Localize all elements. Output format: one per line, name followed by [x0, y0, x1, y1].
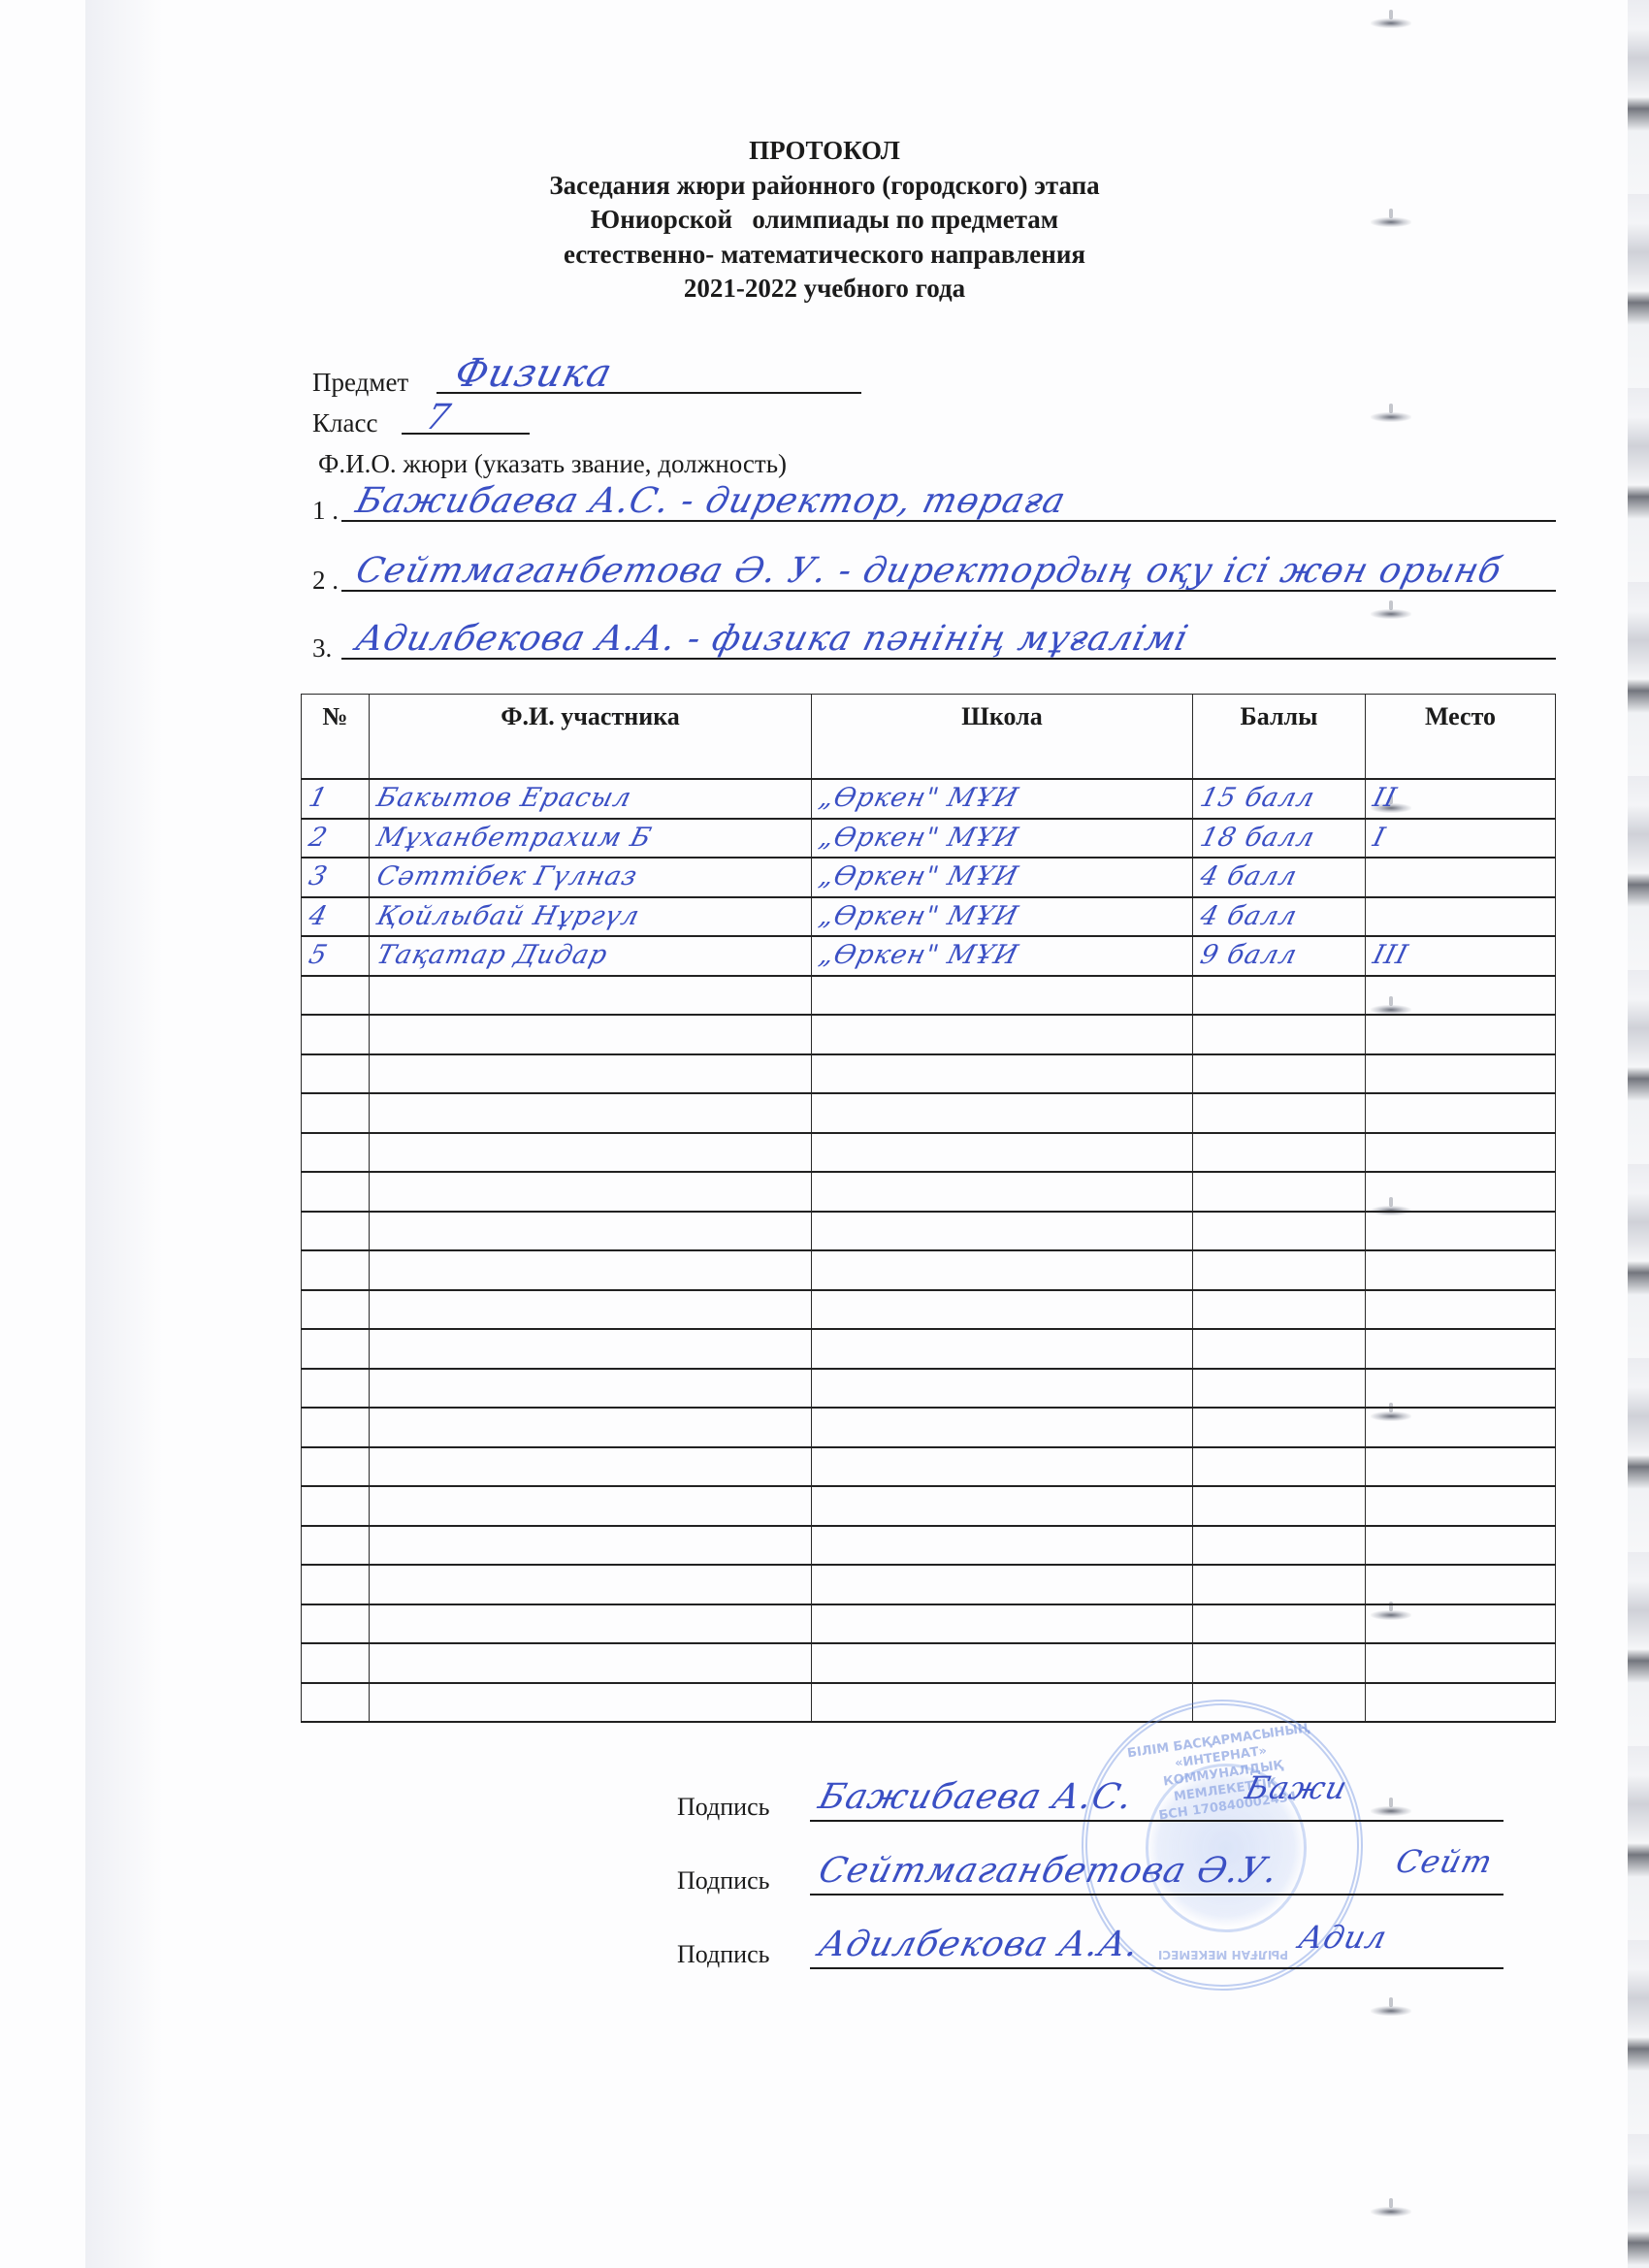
- signature-label-1: Подпись: [677, 1793, 769, 1822]
- cell-participant[interactable]: [370, 1408, 812, 1447]
- cell-participant-value: Қойлыбай Нұргүл: [365, 898, 643, 935]
- subject-value[interactable]: Физика: [450, 351, 617, 396]
- cell-school[interactable]: [812, 1054, 1193, 1094]
- cell-school[interactable]: [812, 1172, 1193, 1212]
- table-row-empty: [302, 1015, 1556, 1054]
- cell-school[interactable]: [812, 1015, 1193, 1054]
- signature-line-3: [810, 1967, 1503, 1969]
- cell-number-value: 3: [297, 859, 332, 895]
- cell-participant[interactable]: Бакытов Ерасыл: [370, 779, 812, 819]
- cell-score[interactable]: [1193, 1133, 1366, 1173]
- cell-score[interactable]: 4 балл: [1193, 897, 1366, 937]
- cell-school-value: „Өркен" МҰИ: [807, 859, 1022, 895]
- cell-participant[interactable]: [370, 1133, 812, 1173]
- scan-edge-shadow: [85, 0, 163, 2268]
- cell-score[interactable]: [1193, 1093, 1366, 1133]
- subtitle-line-3: естественно- математического направления: [0, 238, 1649, 273]
- cell-school[interactable]: „Өркен" МҰИ: [812, 936, 1193, 976]
- cell-number[interactable]: [302, 1604, 370, 1644]
- cell-number-value: 2: [297, 820, 332, 857]
- cell-participant[interactable]: [370, 1015, 812, 1054]
- cell-school[interactable]: [812, 1212, 1193, 1251]
- cell-number[interactable]: [302, 1369, 370, 1409]
- cell-place[interactable]: [1366, 1683, 1556, 1723]
- signature-mark-2: Сейт: [1392, 1843, 1497, 1880]
- cell-number-value: 5: [297, 937, 332, 974]
- cell-place[interactable]: I: [1366, 819, 1556, 859]
- cell-score-value: 4 балл: [1188, 859, 1301, 895]
- table-row-empty: [302, 1683, 1556, 1723]
- column-header-number: №: [302, 695, 370, 780]
- table-row-empty: [302, 1565, 1556, 1604]
- cell-participant[interactable]: [370, 976, 812, 1016]
- cell-score[interactable]: [1193, 1015, 1366, 1054]
- cell-school[interactable]: [812, 1643, 1193, 1683]
- scan-edge-right: [1628, 0, 1649, 2268]
- class-value[interactable]: 7: [422, 398, 455, 437]
- cell-participant[interactable]: Сәттібек Гүлназ: [370, 858, 812, 897]
- cell-place-value: II: [1361, 780, 1401, 817]
- cell-place[interactable]: [1366, 1369, 1556, 1409]
- cell-school[interactable]: [812, 1290, 1193, 1330]
- cell-place[interactable]: [1366, 976, 1556, 1016]
- jury-member-3[interactable]: Адилбекова А.А. - физика пәнінің мұғалім…: [352, 619, 1193, 659]
- jury-index-1: 1 .: [312, 495, 339, 526]
- cell-number[interactable]: [302, 1054, 370, 1094]
- cell-participant[interactable]: [370, 1054, 812, 1094]
- table-row-empty: [302, 1250, 1556, 1290]
- cell-school[interactable]: [812, 1565, 1193, 1604]
- cell-score[interactable]: [1193, 1369, 1366, 1409]
- cell-school-value: „Өркен" МҰИ: [807, 820, 1022, 857]
- table-row-empty: [302, 1408, 1556, 1447]
- cell-number[interactable]: [302, 1172, 370, 1212]
- cell-place[interactable]: [1366, 1526, 1556, 1566]
- signature-line-2: [810, 1894, 1503, 1895]
- table-row-empty: [302, 1093, 1556, 1133]
- cell-score[interactable]: [1193, 1054, 1366, 1094]
- class-underline: [402, 433, 530, 435]
- table-row-empty: [302, 1369, 1556, 1409]
- cell-score-value: 9 балл: [1188, 937, 1301, 974]
- cell-school[interactable]: „Өркен" МҰИ: [812, 858, 1193, 897]
- table-row-empty: [302, 1643, 1556, 1683]
- cell-school-value: „Өркен" МҰИ: [807, 937, 1022, 974]
- cell-score[interactable]: [1193, 1408, 1366, 1447]
- cell-score[interactable]: 9 балл: [1193, 936, 1366, 976]
- column-header-school: Школа: [812, 695, 1193, 780]
- cell-place[interactable]: [1366, 1643, 1556, 1683]
- table-row-empty: [302, 1290, 1556, 1330]
- cell-participant[interactable]: [370, 1643, 812, 1683]
- cell-score[interactable]: [1193, 1329, 1366, 1369]
- column-header-score: Баллы: [1193, 695, 1366, 780]
- cell-number[interactable]: [302, 1447, 370, 1487]
- cell-number[interactable]: [302, 1015, 370, 1054]
- table-header-row: № Ф.И. участника Школа Баллы Место: [302, 695, 1556, 780]
- table-row-empty: [302, 1212, 1556, 1251]
- stamp-bottom-text: РЫЛҒАН МЕКЕМЕСІ: [1126, 1948, 1320, 1961]
- cell-participant[interactable]: [370, 1329, 812, 1369]
- signature-name-3[interactable]: Адилбекова А.А.: [815, 1925, 1144, 1964]
- cell-number-value: 1: [297, 780, 332, 817]
- table-row-empty: [302, 1604, 1556, 1644]
- cell-score[interactable]: [1193, 1643, 1366, 1683]
- table-row-empty: [302, 1447, 1556, 1487]
- document-title: ПРОТОКОЛ: [0, 134, 1649, 169]
- cell-place[interactable]: [1366, 1250, 1556, 1290]
- scan-artifact: [1371, 1806, 1411, 1816]
- cell-score[interactable]: [1193, 1250, 1366, 1290]
- document-header: ПРОТОКОЛ Заседания жюри районного (город…: [0, 134, 1649, 307]
- cell-number[interactable]: [302, 1683, 370, 1723]
- cell-place[interactable]: [1366, 897, 1556, 937]
- scan-artifact: [1371, 2207, 1411, 2217]
- cell-participant[interactable]: [370, 1604, 812, 1644]
- signature-mark-3: Адил: [1295, 1919, 1391, 1956]
- cell-participant[interactable]: [370, 1683, 812, 1723]
- cell-place[interactable]: [1366, 1054, 1556, 1094]
- cell-participant[interactable]: [370, 1369, 812, 1409]
- cell-school[interactable]: [812, 1683, 1193, 1723]
- cell-place[interactable]: [1366, 1172, 1556, 1212]
- signature-label-2: Подпись: [677, 1866, 769, 1895]
- cell-number[interactable]: 4: [302, 897, 370, 937]
- subtitle-line-1: Заседания жюри районного (городского) эт…: [0, 169, 1649, 204]
- cell-school[interactable]: [812, 1133, 1193, 1173]
- cell-number[interactable]: [302, 1329, 370, 1369]
- cell-school[interactable]: [812, 1526, 1193, 1566]
- table-row: 5Тақатар Дидар„Өркен" МҰИ9 баллIII: [302, 936, 1556, 976]
- cell-number[interactable]: 2: [302, 819, 370, 859]
- cell-school[interactable]: [812, 1604, 1193, 1644]
- jury-label: Ф.И.О. жюри (указать звание, должность): [318, 448, 787, 479]
- cell-number[interactable]: [302, 976, 370, 1016]
- cell-school-value: „Өркен" МҰИ: [807, 898, 1022, 935]
- signature-line-1: [810, 1820, 1503, 1822]
- cell-number[interactable]: [302, 1093, 370, 1133]
- cell-place[interactable]: III: [1366, 936, 1556, 976]
- table-row-empty: [302, 976, 1556, 1016]
- jury-index-3: 3.: [312, 632, 332, 664]
- cell-participant-value: Бакытов Ерасыл: [365, 780, 635, 817]
- cell-school[interactable]: [812, 1486, 1193, 1526]
- cell-school[interactable]: [812, 1093, 1193, 1133]
- subtitle-line-4: 2021-2022 учебного года: [0, 272, 1649, 307]
- cell-number[interactable]: [302, 1133, 370, 1173]
- cell-participant[interactable]: [370, 1290, 812, 1330]
- cell-number[interactable]: [302, 1290, 370, 1330]
- cell-score[interactable]: [1193, 1212, 1366, 1251]
- results-table: № Ф.И. участника Школа Баллы Место 1Бакы…: [301, 694, 1556, 1723]
- cell-place-value: III: [1361, 937, 1411, 974]
- cell-number[interactable]: [302, 1408, 370, 1447]
- signature-mark-1: Бажи: [1242, 1769, 1351, 1806]
- cell-participant[interactable]: [370, 1093, 812, 1133]
- cell-score[interactable]: [1193, 1172, 1366, 1212]
- cell-number[interactable]: [302, 1526, 370, 1566]
- scan-artifact: [1371, 18, 1411, 28]
- cell-place[interactable]: [1366, 1133, 1556, 1173]
- cell-participant[interactable]: [370, 1486, 812, 1526]
- cell-school-value: „Өркен" МҰИ: [807, 780, 1022, 817]
- cell-participant[interactable]: Мұханбетрахим Б: [370, 819, 812, 859]
- scan-artifact: [1371, 2006, 1411, 2016]
- cell-place[interactable]: [1366, 1447, 1556, 1487]
- cell-place[interactable]: [1366, 1486, 1556, 1526]
- cell-school[interactable]: [812, 976, 1193, 1016]
- cell-school[interactable]: [812, 1408, 1193, 1447]
- signature-name-2[interactable]: Сейтмаганбетова Ә.У.: [815, 1851, 1282, 1891]
- cell-place[interactable]: [1366, 1565, 1556, 1604]
- cell-score[interactable]: [1193, 1290, 1366, 1330]
- cell-score[interactable]: [1193, 976, 1366, 1016]
- table-row-empty: [302, 1526, 1556, 1566]
- cell-participant[interactable]: [370, 1526, 812, 1566]
- cell-place[interactable]: [1366, 1329, 1556, 1369]
- cell-number[interactable]: [302, 1486, 370, 1526]
- table-row-empty: [302, 1054, 1556, 1094]
- cell-participant[interactable]: [370, 1212, 812, 1251]
- cell-score[interactable]: [1193, 1604, 1366, 1644]
- class-label: Класс: [312, 407, 377, 438]
- cell-place[interactable]: [1366, 1408, 1556, 1447]
- cell-place-value: I: [1361, 820, 1389, 857]
- cell-school[interactable]: [812, 1447, 1193, 1487]
- cell-participant[interactable]: Тақатар Дидар: [370, 936, 812, 976]
- cell-school[interactable]: „Өркен" МҰИ: [812, 819, 1193, 859]
- cell-school[interactable]: „Өркен" МҰИ: [812, 897, 1193, 937]
- column-header-place: Место: [1366, 695, 1556, 780]
- cell-score[interactable]: [1193, 1565, 1366, 1604]
- cell-number[interactable]: [302, 1250, 370, 1290]
- cell-score-value: 18 балл: [1188, 820, 1318, 857]
- cell-place[interactable]: [1366, 1093, 1556, 1133]
- cell-place[interactable]: [1366, 1290, 1556, 1330]
- cell-score[interactable]: [1193, 1486, 1366, 1526]
- cell-place[interactable]: II: [1366, 779, 1556, 819]
- cell-participant[interactable]: [370, 1172, 812, 1212]
- jury-member-2[interactable]: Сейтмаганбетова Ә. У. - директордың оқу …: [352, 551, 1506, 591]
- jury-member-1[interactable]: Бажибаева А.С. - директор, төраға: [352, 481, 1070, 521]
- cell-participant[interactable]: Қойлыбай Нұргүл: [370, 897, 812, 937]
- scan-artifact: [1371, 412, 1411, 422]
- cell-score-value: 4 балл: [1188, 898, 1301, 935]
- cell-score[interactable]: [1193, 1526, 1366, 1566]
- cell-number[interactable]: 3: [302, 858, 370, 897]
- cell-school[interactable]: [812, 1369, 1193, 1409]
- cell-place[interactable]: [1366, 858, 1556, 897]
- subtitle-line-2: Юниорской олимпиады по предметам: [0, 203, 1649, 238]
- table-row: 3Сәттібек Гүлназ„Өркен" МҰИ4 балл: [302, 858, 1556, 897]
- cell-participant[interactable]: [370, 1565, 812, 1604]
- cell-number[interactable]: 1: [302, 779, 370, 819]
- cell-score-value: 15 балл: [1188, 780, 1318, 817]
- column-header-participant: Ф.И. участника: [370, 695, 812, 780]
- scan-artifact: [1371, 609, 1411, 619]
- table-row-empty: [302, 1329, 1556, 1369]
- cell-number-value: 4: [297, 898, 332, 935]
- cell-school[interactable]: [812, 1329, 1193, 1369]
- cell-number[interactable]: 5: [302, 936, 370, 976]
- cell-number[interactable]: [302, 1212, 370, 1251]
- cell-number[interactable]: [302, 1643, 370, 1683]
- cell-participant-value: Тақатар Дидар: [365, 937, 611, 974]
- table-row-empty: [302, 1172, 1556, 1212]
- cell-participant[interactable]: [370, 1447, 812, 1487]
- signature-name-1[interactable]: Бажибаева А.С.: [815, 1777, 1138, 1817]
- cell-school[interactable]: [812, 1250, 1193, 1290]
- subject-label: Предмет: [312, 367, 408, 398]
- cell-score[interactable]: 15 балл: [1193, 779, 1366, 819]
- table-row-empty: [302, 1133, 1556, 1173]
- cell-place[interactable]: [1366, 1015, 1556, 1054]
- cell-score[interactable]: 18 балл: [1193, 819, 1366, 859]
- cell-number[interactable]: [302, 1565, 370, 1604]
- cell-participant[interactable]: [370, 1250, 812, 1290]
- cell-place[interactable]: [1366, 1212, 1556, 1251]
- cell-participant-value: Мұханбетрахим Б: [365, 820, 656, 857]
- cell-score[interactable]: 4 балл: [1193, 858, 1366, 897]
- cell-score[interactable]: [1193, 1447, 1366, 1487]
- table-row: 2Мұханбетрахим Б„Өркен" МҰИ18 баллI: [302, 819, 1556, 859]
- signature-label-3: Подпись: [677, 1940, 769, 1969]
- cell-place[interactable]: [1366, 1604, 1556, 1644]
- table-row: 4Қойлыбай Нұргүл„Өркен" МҰИ4 балл: [302, 897, 1556, 937]
- cell-participant-value: Сәттібек Гүлназ: [365, 859, 641, 895]
- jury-index-2: 2 .: [312, 565, 339, 596]
- cell-school[interactable]: „Өркен" МҰИ: [812, 779, 1193, 819]
- table-row: 1Бакытов Ерасыл„Өркен" МҰИ15 баллII: [302, 779, 1556, 819]
- table-row-empty: [302, 1486, 1556, 1526]
